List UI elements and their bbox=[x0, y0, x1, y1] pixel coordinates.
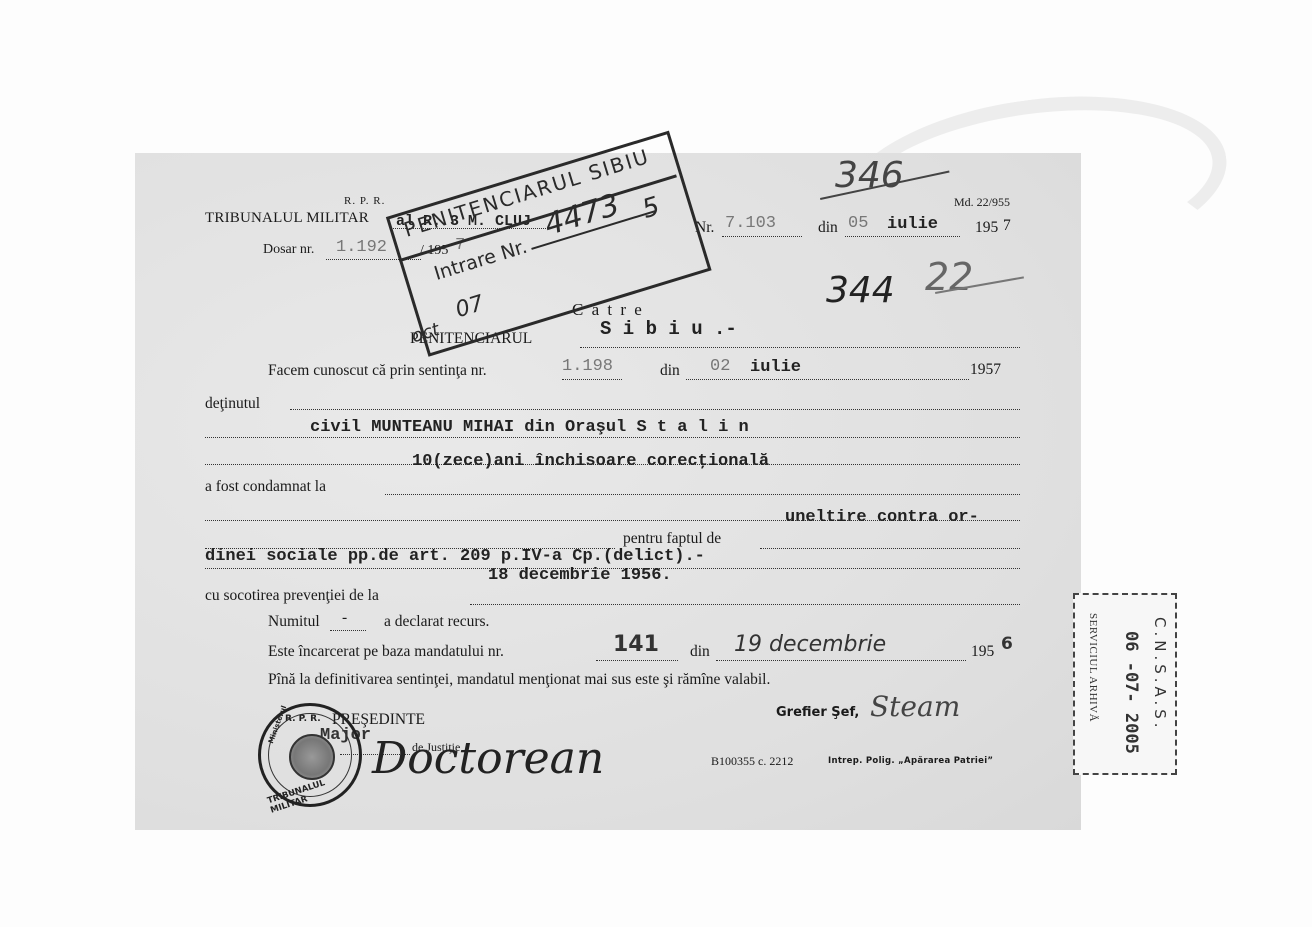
dotted-line bbox=[385, 494, 1020, 495]
tribunal-label: TRIBUNALUL MILITAR bbox=[205, 210, 369, 227]
sentence-month: iulie bbox=[750, 358, 801, 377]
handwritten-number-struck-2: 22 bbox=[925, 255, 973, 299]
dosar-label: Dosar nr. bbox=[263, 242, 314, 258]
mandate-din-label: din bbox=[690, 643, 710, 661]
date-day: 05 bbox=[848, 214, 868, 233]
president-signature: Doctorean bbox=[372, 733, 604, 784]
archive-date: 06 -07- 2005 bbox=[1121, 631, 1141, 754]
validity-text: Pînă la definitivarea sentinţei, mandatu… bbox=[268, 671, 770, 689]
dotted-line bbox=[845, 236, 960, 237]
sentence-year: 1957 bbox=[970, 361, 1001, 379]
sentence-day: 02 bbox=[710, 357, 730, 376]
detainee-value: civil MUNTEANU MIHAI din Oraşul S t a l … bbox=[310, 418, 749, 437]
condemned-label: a fost condamnat la bbox=[205, 478, 326, 496]
sentence-number: 1.198 bbox=[562, 357, 613, 376]
tribunal-seal: R. P. R. Ministerul TRIBUNALUL MILITAR bbox=[258, 703, 362, 807]
sentence-intro: Facem cunoscut că prin sentinţa nr. bbox=[268, 362, 487, 380]
mandate-year-prefix: 195 bbox=[971, 643, 994, 661]
year-suffix: 7 bbox=[1003, 217, 1011, 235]
nr-value: 7.103 bbox=[725, 214, 776, 233]
detainee-label: deţinutul bbox=[205, 395, 260, 413]
dotted-line bbox=[470, 604, 1020, 605]
archive-department: SERVICIUL ARHIVĂ bbox=[1087, 613, 1099, 722]
mandate-number: 141 bbox=[613, 632, 659, 657]
dotted-line bbox=[580, 347, 1020, 348]
dotted-line bbox=[330, 630, 366, 631]
mandate-year-suffix: 6 bbox=[1001, 634, 1013, 654]
dotted-line bbox=[205, 437, 1020, 438]
dotted-line bbox=[686, 379, 969, 380]
archive-stamp: C.N.S.A.S. 06 -07- 2005 SERVICIUL ARHIVĂ bbox=[1073, 593, 1177, 775]
dotted-line bbox=[716, 660, 966, 661]
dotted-line bbox=[562, 379, 622, 380]
handwritten-number-struck: 346 bbox=[835, 155, 904, 196]
fact-label: pentru faptul de bbox=[623, 530, 721, 548]
year-prefix: 195 bbox=[975, 219, 998, 237]
din-label: din bbox=[818, 219, 838, 237]
appeal-value: - bbox=[342, 609, 347, 627]
dotted-line bbox=[290, 409, 1020, 410]
sentence-value: 10(zece)ani închisoare corecţională bbox=[412, 452, 769, 471]
fact-value-2: dinei sociale pp.de art. 209 p.IV-a Cp.(… bbox=[205, 547, 705, 566]
printer-name: Intrep. Polig. „Apărarea Patriei” bbox=[828, 756, 993, 766]
sentence-din-label: din bbox=[660, 362, 680, 380]
dotted-line bbox=[722, 236, 802, 237]
appeal-text: a declarat recurs. bbox=[384, 613, 489, 631]
penitentiary-value: S i b i u .- bbox=[600, 318, 737, 340]
fact-value-1: uneltire contra or- bbox=[785, 508, 979, 527]
seal-emblem bbox=[289, 734, 335, 780]
clerk-label: Grefier Şef, bbox=[776, 705, 859, 720]
rpr-header: R. P. R. bbox=[344, 195, 385, 207]
mandate-date: 19 decembrie bbox=[734, 632, 886, 657]
printer-code: B100355 c. 2212 bbox=[711, 754, 793, 769]
appeal-label: Numitul bbox=[268, 613, 320, 631]
preventive-value: 18 decembrie 1956. bbox=[488, 566, 672, 585]
dotted-line bbox=[596, 660, 678, 661]
archive-institution: C.N.S.A.S. bbox=[1151, 617, 1169, 732]
handwritten-number: 344 bbox=[826, 270, 895, 311]
dosar-number: 1.192 bbox=[336, 238, 387, 257]
date-month: iulie bbox=[887, 215, 938, 234]
clerk-signature: Steam bbox=[870, 690, 960, 723]
mandate-label: Este încarcerat pe baza mandatului nr. bbox=[268, 643, 504, 661]
seal-top-text: R. P. R. bbox=[285, 714, 321, 724]
dotted-line bbox=[760, 548, 1020, 549]
preventive-label: cu socotirea prevenţiei de la bbox=[205, 587, 379, 605]
form-code: Md. 22/955 bbox=[954, 195, 1010, 210]
